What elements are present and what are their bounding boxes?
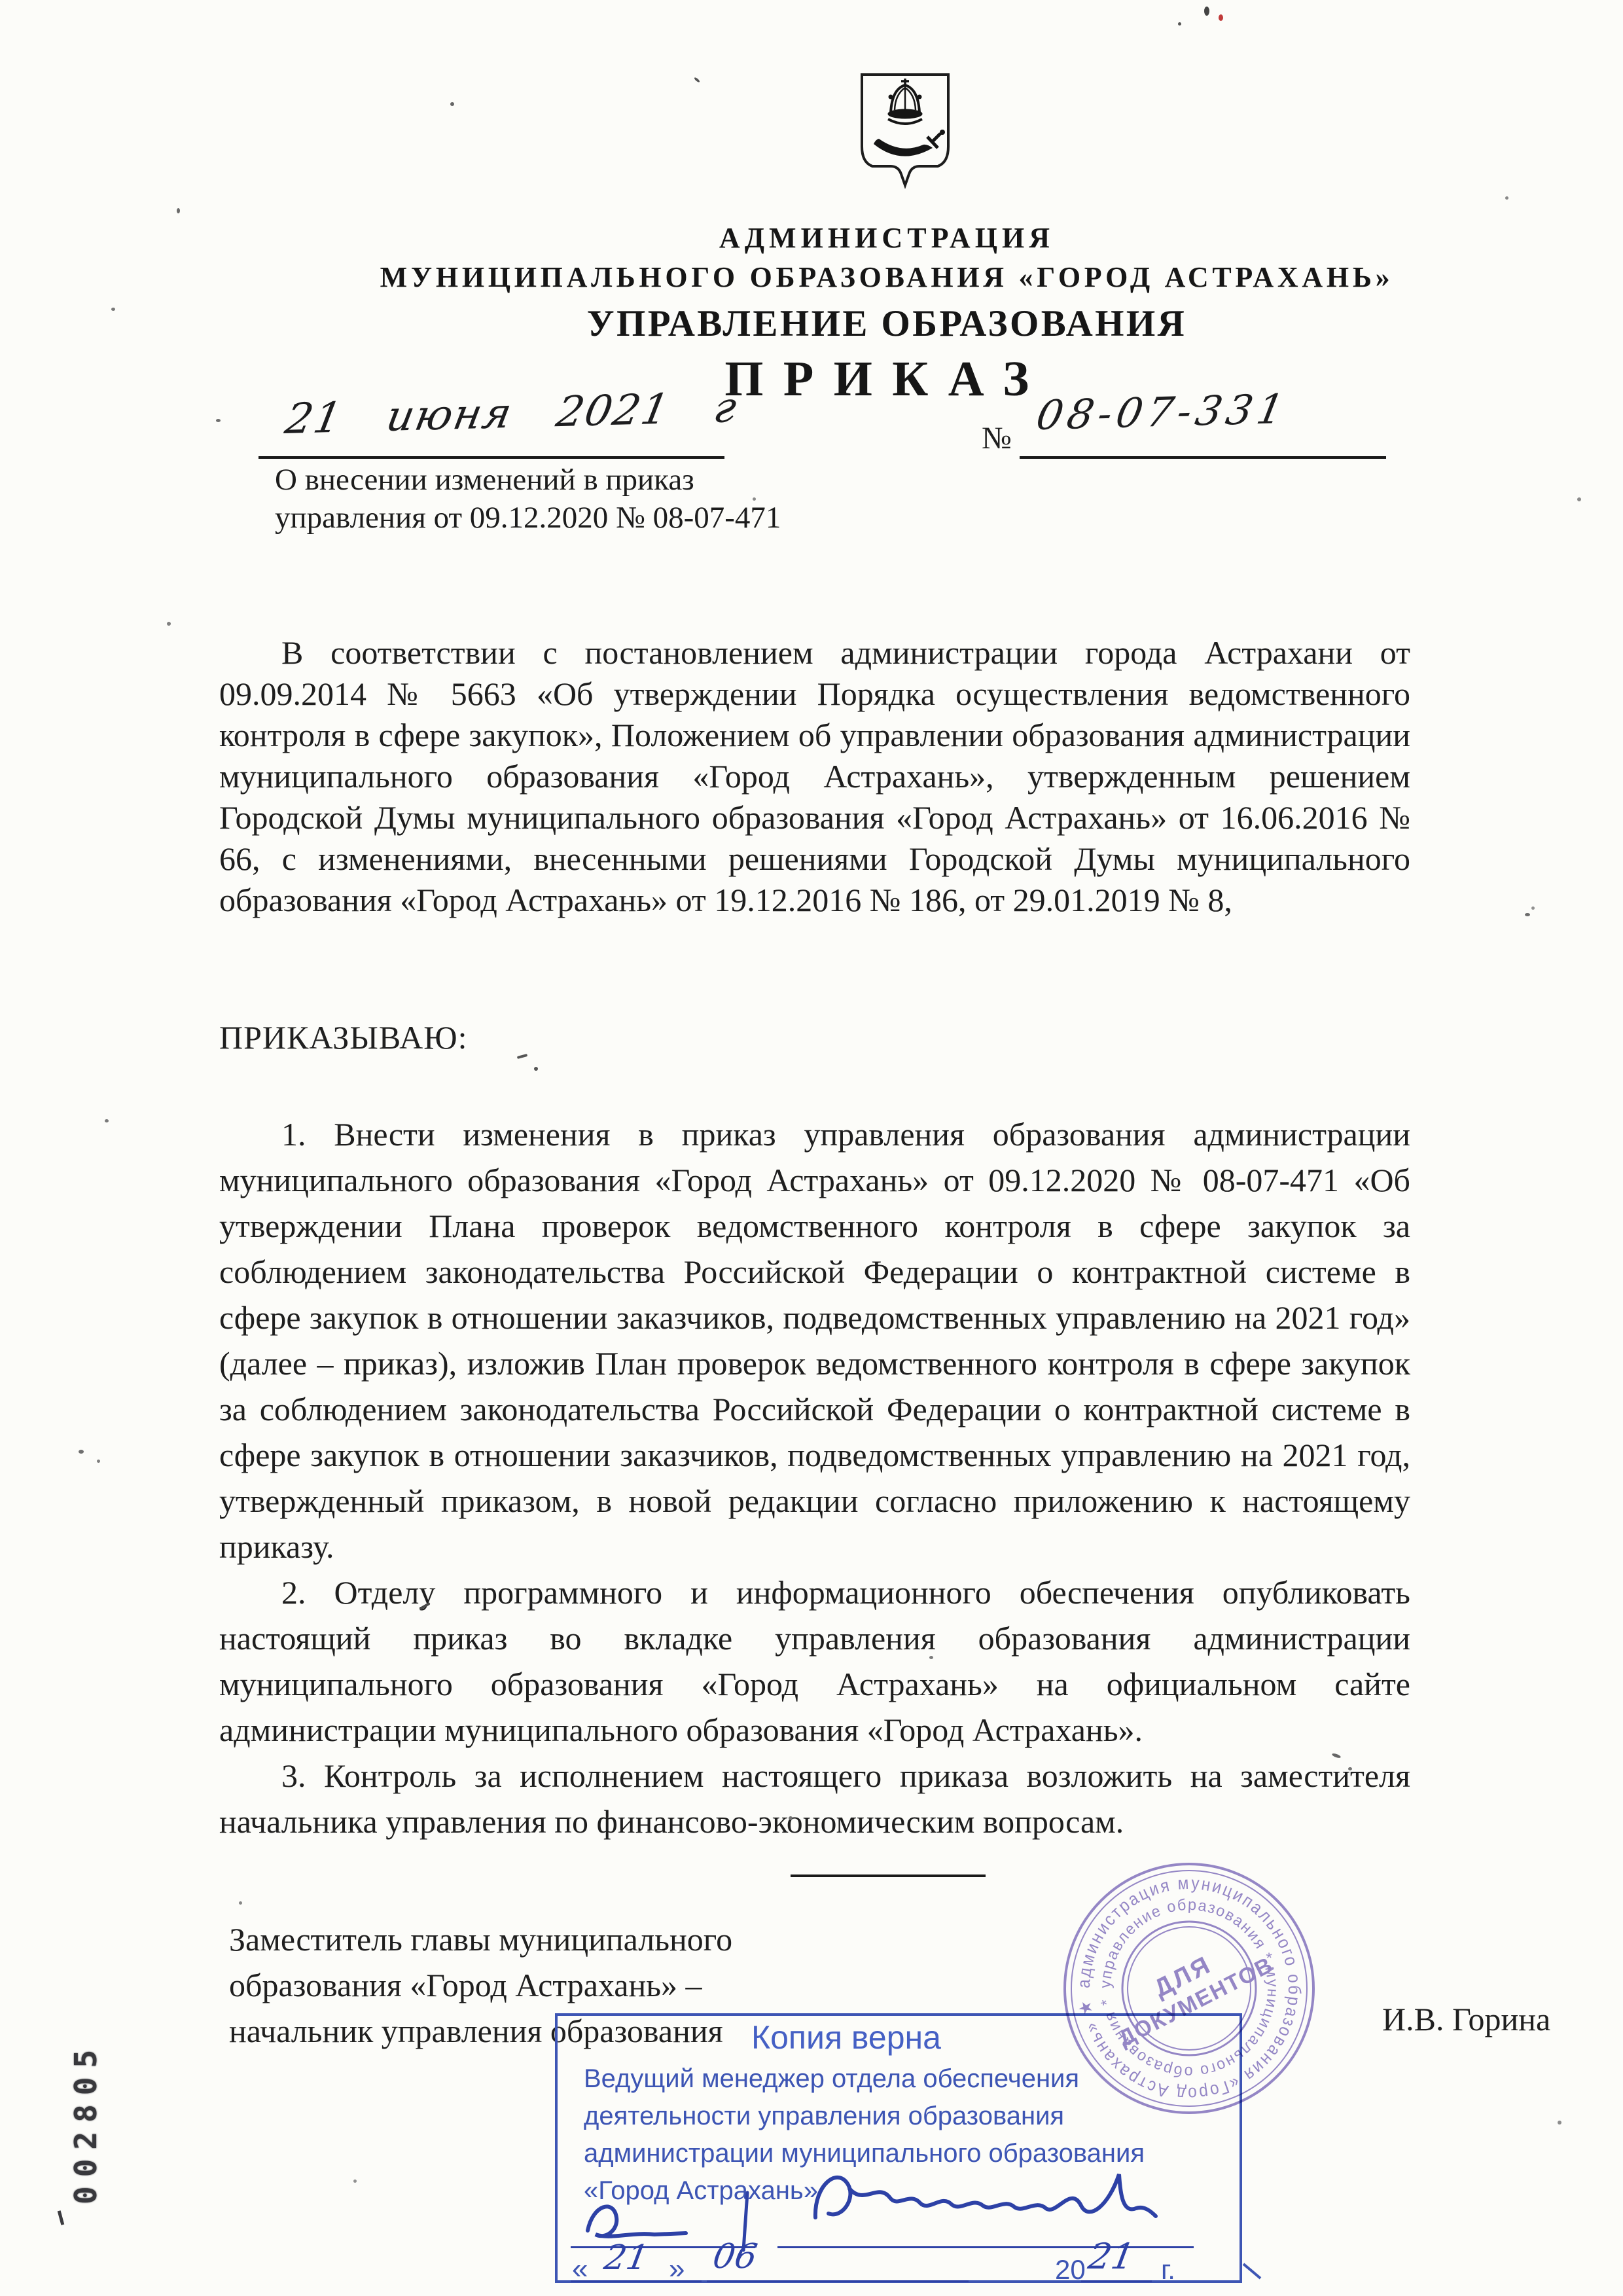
handwritten-month: 06 (710, 2237, 760, 2276)
signature-line (791, 1874, 986, 1877)
crown-icon (888, 79, 922, 124)
signer-position-line2: образования «Город Астрахань» – (229, 1962, 702, 2008)
astrakhan-coat-of-arms-icon (853, 69, 957, 200)
order-item-2: 2. Отделу программного и информационного… (219, 1570, 1410, 1753)
saber-icon (874, 130, 945, 156)
handwritten-day: 21 (601, 2238, 652, 2278)
stamp-corner-mark (1243, 2263, 1262, 2280)
signer-position-line1: Заместитель главы муниципального (229, 1916, 732, 1962)
handwritten-year: 21 (1085, 2236, 1137, 2277)
org-name-line1: АДМИНИСТРАЦИЯ (0, 221, 1623, 255)
decree-word: ПРИКАЗЫВАЮ: (219, 1018, 467, 1056)
number-label: № (982, 420, 1012, 456)
year-suffix: г. (1161, 2254, 1175, 2286)
day-underline (571, 2280, 702, 2282)
department-name: УПРАВЛЕНИЕ ОБРАЗОВАНИЯ (0, 302, 1623, 345)
handwritten-order-number: 08-07-331 (1033, 385, 1293, 439)
copy-stamp-title: Копия верна (751, 2018, 941, 2056)
year-underline (1081, 2280, 1152, 2282)
order-item-1: 1. Внести изменения в приказ управления … (219, 1111, 1410, 1570)
month-underline (707, 2280, 969, 2282)
subject-line2: управления от 09.12.2020 № 08-07-471 (275, 500, 781, 535)
order-item-3: 3. Контроль за исполнением настоящего пр… (219, 1753, 1410, 1844)
org-name-line2: МУНИЦИПАЛЬНОГО ОБРАЗОВАНИЯ «ГОРОД АСТРАХ… (0, 260, 1623, 294)
date-underline (259, 456, 724, 459)
subject-line1: О внесении изменений в приказ (275, 462, 694, 497)
copy-stamp-line1: Ведущий менеджер отдела обеспечения (584, 2064, 1079, 2094)
round-seal-for-documents: администрация муниципального образования… (1042, 1841, 1336, 2136)
vertical-registration-number: 002805 (68, 2041, 103, 2204)
order-items: 1. Внести изменения в приказ управления … (219, 1111, 1410, 1844)
signer-name: И.В. Горина (1382, 2000, 1550, 2038)
number-underline (1020, 456, 1386, 459)
document-type-title: ПРИКАЗ (0, 351, 1623, 408)
intro-paragraph: В соответствии с постановлением админист… (219, 632, 1410, 921)
copy-stamp-line2: деятельности управления образования (584, 2102, 1064, 2131)
document-page: АДМИНИСТРАЦИЯ МУНИЦИПАЛЬНОГО ОБРАЗОВАНИЯ… (0, 0, 1623, 2296)
registration-number-tick (58, 2210, 65, 2225)
